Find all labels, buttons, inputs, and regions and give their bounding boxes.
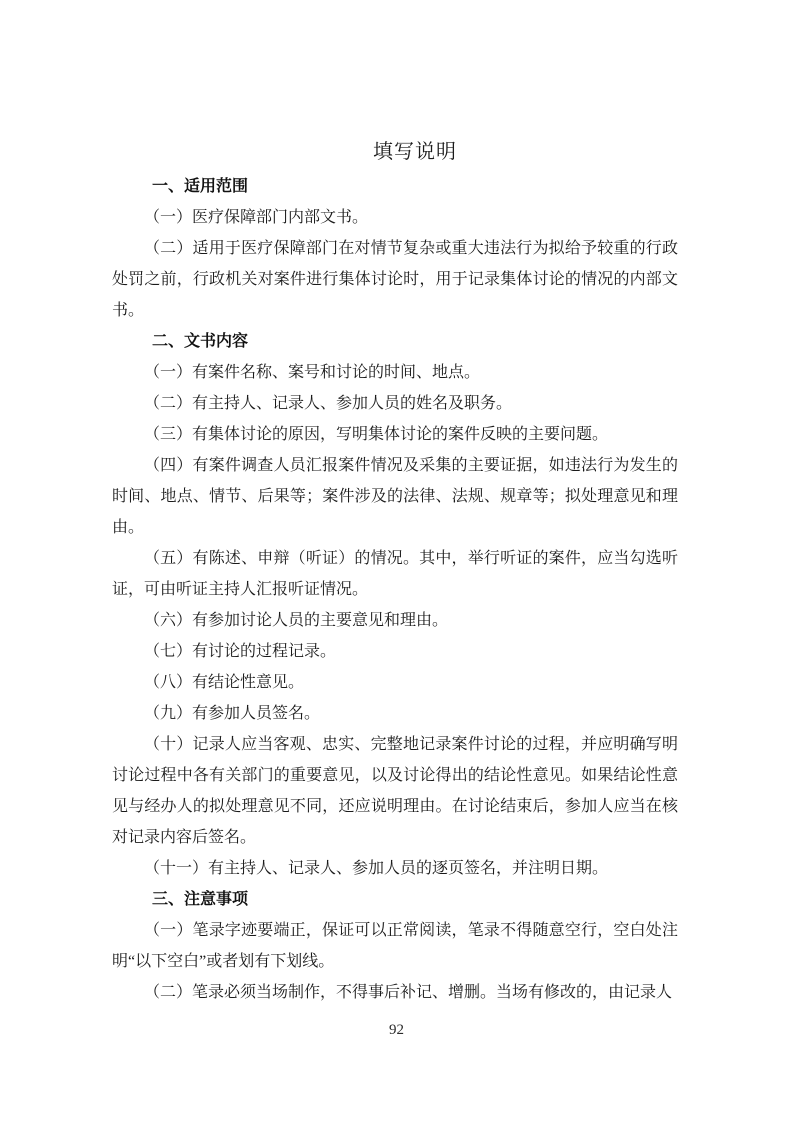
section-heading-notes: 三、注意事项: [112, 884, 678, 915]
paragraph: （七）有讨论的过程记录。: [112, 636, 678, 667]
page-title: 填写说明: [112, 133, 678, 171]
paragraph: （六）有参加讨论人员的主要意见和理由。: [112, 605, 678, 636]
paragraph: （十）记录人应当客观、忠实、完整地记录案件讨论的过程，并应明确写明讨论过程中各有…: [112, 729, 678, 853]
paragraph: （二）笔录必须当场制作，不得事后补记、增删。当场有修改的，由记录人: [112, 977, 678, 1008]
page-number: 92: [0, 1020, 793, 1040]
section-heading-scope: 一、适用范围: [112, 171, 678, 202]
paragraph: （一）笔录字迹要端正，保证可以正常阅读，笔录不得随意空行，空白处注明“以下空白”…: [112, 915, 678, 977]
document-body: 一、适用范围 （一）医疗保障部门内部文书。 （二）适用于医疗保障部门在对情节复杂…: [112, 171, 678, 1008]
section-heading-contents: 二、文书内容: [112, 326, 678, 357]
paragraph: （九）有参加人员签名。: [112, 698, 678, 729]
paragraph: （一）有案件名称、案号和讨论的时间、地点。: [112, 357, 678, 388]
paragraph: （四）有案件调查人员汇报案件情况及采集的主要证据，如违法行为发生的时间、地点、情…: [112, 450, 678, 543]
paragraph: （八）有结论性意见。: [112, 667, 678, 698]
paragraph: （二）有主持人、记录人、参加人员的姓名及职务。: [112, 388, 678, 419]
document-page: 填写说明 一、适用范围 （一）医疗保障部门内部文书。 （二）适用于医疗保障部门在…: [0, 0, 793, 1122]
paragraph: （十一）有主持人、记录人、参加人员的逐页签名，并注明日期。: [112, 853, 678, 884]
paragraph: （一）医疗保障部门内部文书。: [112, 202, 678, 233]
paragraph: （五）有陈述、申辩（听证）的情况。其中，举行听证的案件，应当勾选听证，可由听证主…: [112, 543, 678, 605]
paragraph: （三）有集体讨论的原因，写明集体讨论的案件反映的主要问题。: [112, 419, 678, 450]
paragraph: （二）适用于医疗保障部门在对情节复杂或重大违法行为拟给予较重的行政处罚之前，行政…: [112, 233, 678, 326]
